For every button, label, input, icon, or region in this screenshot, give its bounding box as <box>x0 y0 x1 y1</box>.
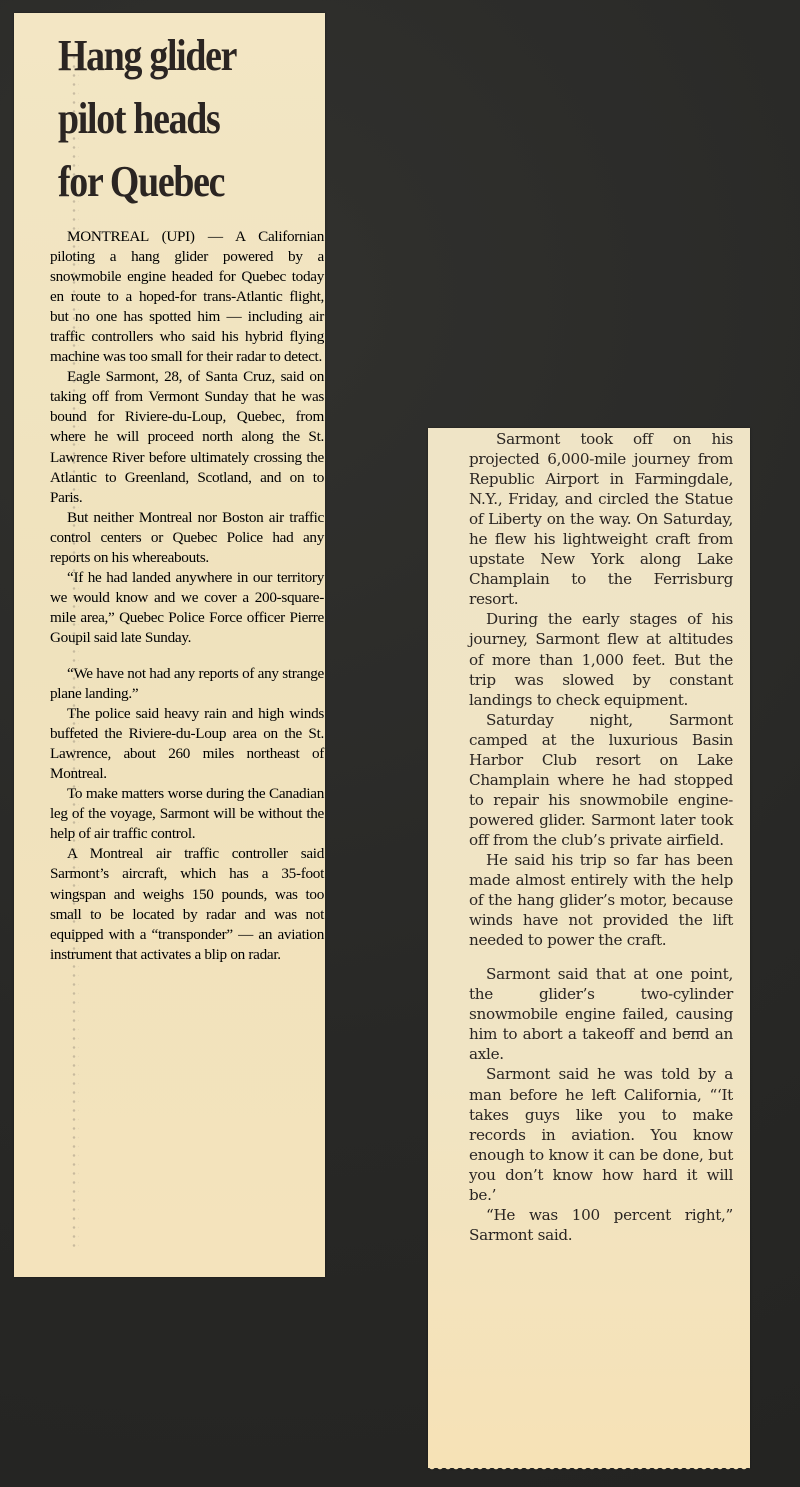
paragraph: During the early stages of his journey, … <box>469 609 733 709</box>
paragraph: Sarmont took off on his projected 6,000-… <box>469 429 733 609</box>
headline: Hang glider pilot heads for Quebec <box>58 24 273 213</box>
headline-line-1: Hang glider <box>58 31 236 80</box>
paragraph: Sarmont said that at one point, the glid… <box>469 964 733 1064</box>
paragraph: “If he had landed anywhere in our territ… <box>50 568 324 648</box>
headline-line-3: for Quebec <box>58 157 224 206</box>
paragraph: Sarmont said he was told by a man before… <box>469 1064 733 1204</box>
section-divider <box>684 1031 704 1032</box>
article-column-right: Sarmont took off on his projected 6,000-… <box>469 429 733 1245</box>
paragraph: The police said heavy rain and high wind… <box>50 704 324 784</box>
paragraph: A Montreal air traffic controller said S… <box>50 844 324 964</box>
paragraph: To make matters worse during the Canadia… <box>50 784 324 844</box>
article-column-left: MONTREAL (UPI) — A Californian piloting … <box>50 227 324 965</box>
headline-line-2: pilot heads <box>58 94 219 143</box>
paragraph: “We have not had any reports of any stra… <box>50 664 324 704</box>
paragraph: MONTREAL (UPI) — A Californian piloting … <box>50 227 324 367</box>
paragraph: “He was 100 percent right,” Sarmont said… <box>469 1205 733 1245</box>
paragraph: Eagle Sarmont, 28, of Santa Cruz, said o… <box>50 367 324 507</box>
paragraph: He said his trip so far has been made al… <box>469 850 733 950</box>
clipping-right: Sarmont took off on his projected 6,000-… <box>428 428 750 1468</box>
paragraph: But neither Montreal nor Boston air traf… <box>50 508 324 568</box>
paragraph: Saturday night, Sarmont camped at the lu… <box>469 710 733 850</box>
